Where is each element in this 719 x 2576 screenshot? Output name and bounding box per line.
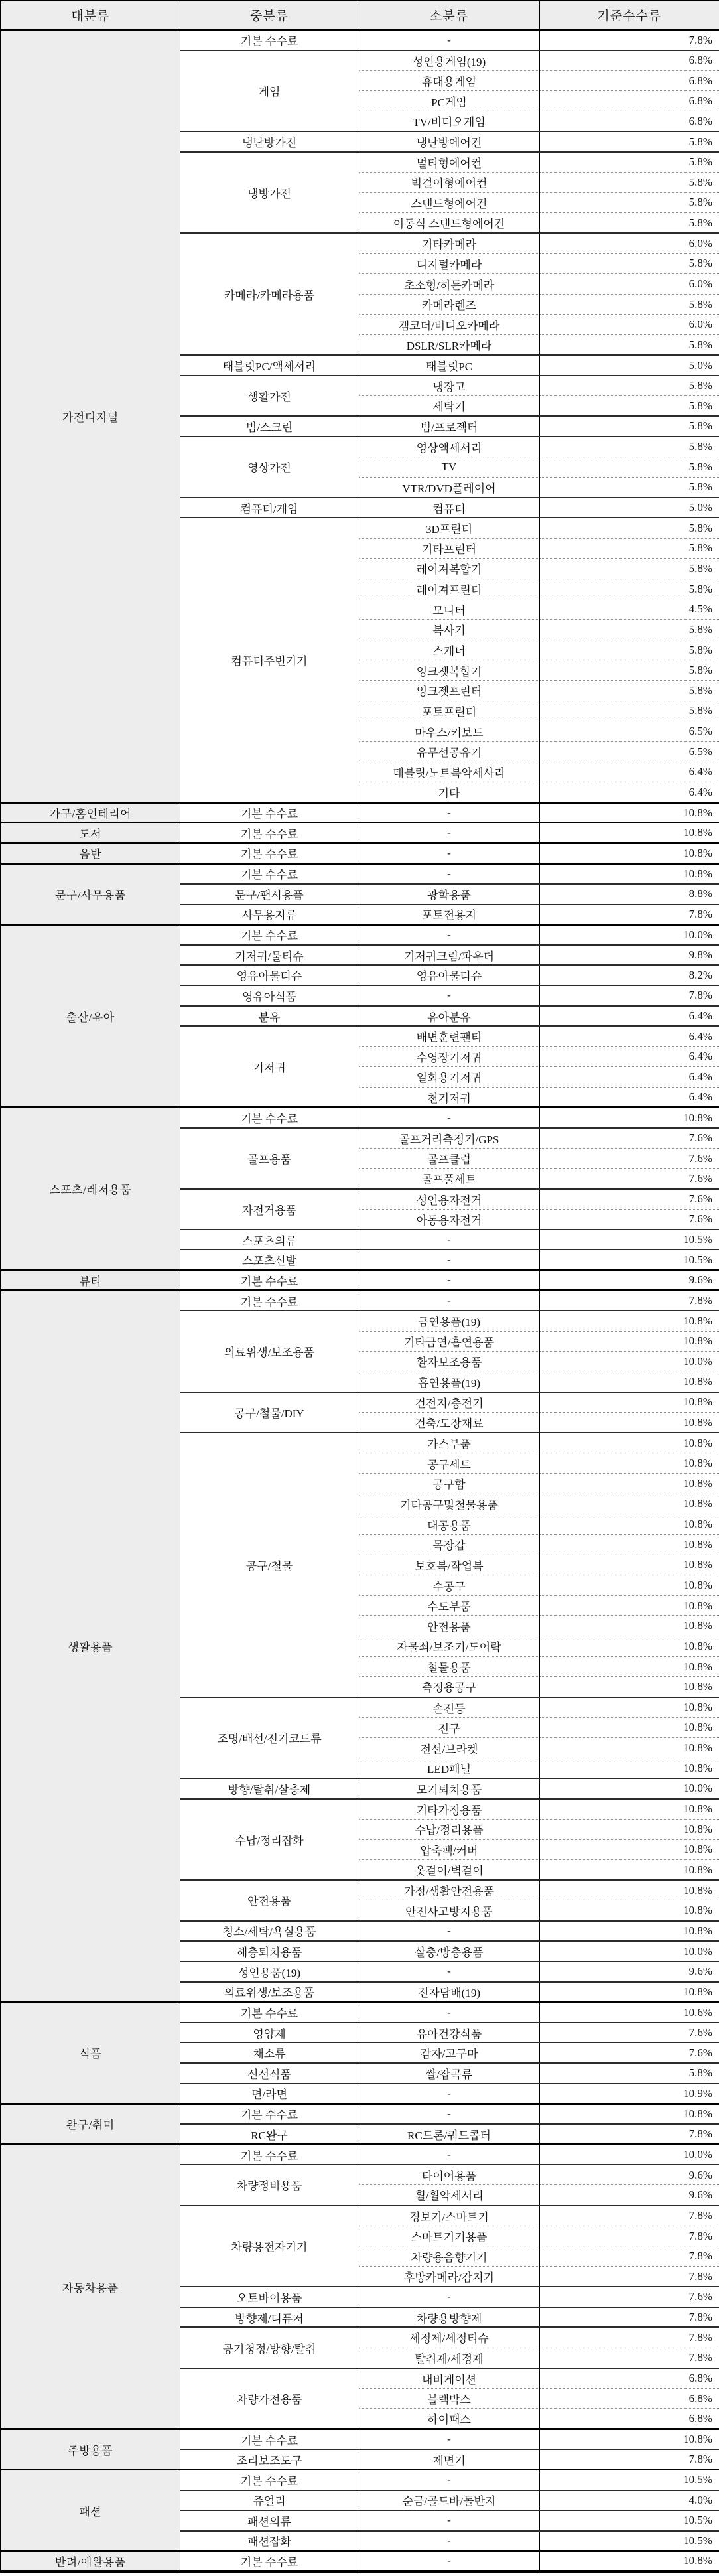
sub-category-cell: 성인용게임(19) <box>359 50 539 71</box>
rate-cell: 5.8% <box>539 538 719 559</box>
rate-cell: 10.8% <box>539 823 719 843</box>
rate-cell: 5.8% <box>539 701 719 721</box>
mid-category-cell: 사무용지류 <box>180 904 359 925</box>
sub-category-cell: 기타프린터 <box>359 538 539 559</box>
rate-cell: 7.8% <box>539 2226 719 2246</box>
sub-category-cell: 타이어용품 <box>359 2165 539 2185</box>
mid-category-cell: 신선식품 <box>180 2063 359 2084</box>
sub-category-cell: 3D프린터 <box>359 518 539 538</box>
sub-category-cell: 수납/정리용품 <box>359 1819 539 1839</box>
mid-category-cell: 기저귀/물티슈 <box>180 945 359 966</box>
sub-category-cell: 초소형/히든카메라 <box>359 274 539 295</box>
rate-cell: 10.8% <box>539 1799 719 1820</box>
sub-category-cell: - <box>359 1108 539 1128</box>
rate-cell: 10.6% <box>539 2002 719 2023</box>
sub-category-cell: 금연용품(19) <box>359 1311 539 1331</box>
rate-cell: 10.8% <box>539 2551 719 2571</box>
rate-cell: 10.8% <box>539 1839 719 1860</box>
sub-category-cell: 목장갑 <box>359 1534 539 1555</box>
sub-category-cell: 스캐너 <box>359 640 539 660</box>
sub-category-cell: 성인용자전거 <box>359 1189 539 1210</box>
sub-category-cell: 감자/고구마 <box>359 2042 539 2063</box>
commission-rate-table: 대분류 중분류 소분류 기준수수류 가전디지털기본 수수료-7.8%게임성인용게… <box>0 0 719 2573</box>
rate-cell: 10.8% <box>539 1900 719 1921</box>
sub-category-cell: 기타가정용품 <box>359 1799 539 1820</box>
mid-category-cell: 패션의류 <box>180 2510 359 2531</box>
mid-category-cell: 기본 수수료 <box>180 802 359 823</box>
sub-category-cell: 멀티형에어컨 <box>359 152 539 173</box>
rate-cell: 10.8% <box>539 1473 719 1494</box>
sub-category-cell: 전자담배(19) <box>359 1982 539 2003</box>
rate-cell: 7.8% <box>539 2348 719 2368</box>
rate-cell: 5.8% <box>539 294 719 315</box>
sub-category-cell: 태블릿/노트북악세사리 <box>359 762 539 782</box>
sub-category-cell: 수공구 <box>359 1575 539 1596</box>
sub-category-cell: 캠코더/비디오카메라 <box>359 315 539 335</box>
rate-cell: 10.8% <box>539 1372 719 1392</box>
sub-category-cell: - <box>359 1270 539 1291</box>
sub-category-cell: 차량용방향제 <box>359 2307 539 2328</box>
mid-category-cell: 패션잡화 <box>180 2531 359 2551</box>
sub-category-cell: 스탠드형에어컨 <box>359 192 539 213</box>
mid-category-cell: 해충퇴치용품 <box>180 1941 359 1962</box>
mid-category-cell: 영유아물티슈 <box>180 965 359 985</box>
sub-category-cell: 순금/골드바/돌반지 <box>359 2490 539 2511</box>
sub-category-cell: - <box>359 1291 539 1311</box>
mid-category-cell: 태블릿PC/액세서리 <box>180 355 359 376</box>
rate-cell: 10.8% <box>539 1514 719 1535</box>
sub-category-cell: VTR/DVD플레이어 <box>359 477 539 498</box>
sub-category-cell: 컴퓨터 <box>359 498 539 518</box>
sub-category-cell: 디지털카메라 <box>359 253 539 274</box>
major-category-cell: 주방용품 <box>1 2429 180 2470</box>
sub-category-cell: 복사기 <box>359 620 539 640</box>
rate-cell: 6.8% <box>539 2368 719 2389</box>
sub-category-cell: 하이패스 <box>359 2409 539 2429</box>
mid-category-cell: 차량가전용품 <box>180 2368 359 2429</box>
mid-category-cell: 기본 수수료 <box>180 1270 359 1291</box>
rate-cell: 7.6% <box>539 1148 719 1169</box>
rate-cell: 10.8% <box>539 1494 719 1514</box>
rate-cell: 6.8% <box>539 70 719 91</box>
mid-category-cell: 공기청정/방향/탈취 <box>180 2327 359 2368</box>
rate-cell: 10.8% <box>539 1392 719 1413</box>
mid-category-cell: 자전거용품 <box>180 1189 359 1230</box>
mid-category-cell: 차량정비용품 <box>180 2165 359 2205</box>
rate-cell: 10.8% <box>539 1982 719 2003</box>
rate-cell: 9.6% <box>539 1270 719 1291</box>
sub-category-cell: 이동식 스탠드형에어컨 <box>359 213 539 234</box>
sub-category-cell: 영상액세서리 <box>359 437 539 457</box>
rate-cell: 5.8% <box>539 253 719 274</box>
table-row: 자동차용품기본 수수료-10.0% <box>1 2145 719 2165</box>
mid-category-cell: 청소/세탁/욕실용품 <box>180 1921 359 1942</box>
rate-cell: 10.8% <box>539 1656 719 1677</box>
rate-cell: 6.4% <box>539 1006 719 1027</box>
mid-category-cell: 영유아식품 <box>180 985 359 1006</box>
major-category-cell: 출산/유아 <box>1 924 180 1108</box>
sub-category-cell: 벽걸이형에어컨 <box>359 172 539 192</box>
sub-category-cell: 안전사고방지용품 <box>359 1900 539 1921</box>
sub-category-cell: 포토전용지 <box>359 904 539 925</box>
rate-cell: 7.8% <box>539 2307 719 2328</box>
sub-category-cell: TV/비디오게임 <box>359 111 539 132</box>
rate-cell: 10.9% <box>539 2084 719 2104</box>
rate-cell: 6.0% <box>539 233 719 253</box>
sub-category-cell: 경보기/스마트키 <box>359 2206 539 2226</box>
rate-cell: 10.0% <box>539 1352 719 1372</box>
rate-cell: 7.6% <box>539 1189 719 1210</box>
major-category-cell: 가구/홈인테리어 <box>1 802 180 823</box>
rate-cell: 6.4% <box>539 1067 719 1088</box>
sub-category-cell: - <box>359 1230 539 1250</box>
mid-category-cell: 방향제/디퓨저 <box>180 2307 359 2328</box>
rate-cell: 6.4% <box>539 1087 719 1108</box>
mid-category-cell: 카메라/카메라용품 <box>180 233 359 355</box>
major-category-cell: 생활용품 <box>1 1291 180 2002</box>
rate-cell: 8.8% <box>539 884 719 904</box>
major-category-cell: 식품 <box>1 2002 180 2104</box>
sub-category-cell: - <box>359 30 539 50</box>
rate-cell: 6.4% <box>539 782 719 803</box>
rate-cell: 7.6% <box>539 2287 719 2307</box>
rate-cell: 9.6% <box>539 2165 719 2185</box>
mid-category-cell: 컴퓨터/게임 <box>180 498 359 518</box>
rate-cell: 10.8% <box>539 843 719 864</box>
column-header-base-rate: 기준수수류 <box>539 1 719 30</box>
sub-category-cell: - <box>359 2002 539 2023</box>
rate-cell: 10.8% <box>539 1758 719 1778</box>
sub-category-cell: - <box>359 863 539 884</box>
major-category-cell: 문구/사무용품 <box>1 863 180 924</box>
mid-category-cell: 냉방가전 <box>180 152 359 234</box>
table-row: 출산/유아기본 수수료-10.0% <box>1 924 719 945</box>
rate-cell: 7.6% <box>539 2042 719 2063</box>
rate-cell: 7.8% <box>539 30 719 50</box>
major-category-cell: 음반 <box>1 843 180 864</box>
mid-category-cell: 기본 수수료 <box>180 30 359 50</box>
major-category-cell: 완구/취미 <box>1 2104 180 2144</box>
rate-cell: 10.8% <box>539 1108 719 1128</box>
table-row: 음반기본 수수료-10.8% <box>1 843 719 864</box>
mid-category-cell: 채소류 <box>180 2042 359 2063</box>
major-category-cell: 도서 <box>1 823 180 843</box>
sub-category-cell: 안전용품 <box>359 1616 539 1636</box>
mid-category-cell: 의료위생/보조용품 <box>180 1982 359 2003</box>
sub-category-cell: 빔/프로젝터 <box>359 416 539 437</box>
sub-category-cell: - <box>359 1962 539 1982</box>
sub-category-cell: 압축팩/커버 <box>359 1839 539 1860</box>
rate-cell: 10.8% <box>539 1697 719 1718</box>
rate-cell: 10.5% <box>539 2510 719 2531</box>
sub-category-cell: 내비게이션 <box>359 2368 539 2389</box>
sub-category-cell: 태블릿PC <box>359 355 539 376</box>
table-row: 가구/홈인테리어기본 수수료-10.8% <box>1 802 719 823</box>
rate-cell: 7.8% <box>539 2206 719 2226</box>
sub-category-cell: 기타금연/흡연용품 <box>359 1331 539 1352</box>
sub-category-cell: 수영장기저귀 <box>359 1046 539 1067</box>
rate-cell: 5.8% <box>539 620 719 640</box>
sub-category-cell: RC드론/쿼드콥터 <box>359 2124 539 2145</box>
sub-category-cell: - <box>359 843 539 864</box>
sub-category-cell: 수도부품 <box>359 1595 539 1616</box>
rate-cell: 6.4% <box>539 1026 719 1046</box>
mid-category-cell: 기본 수수료 <box>180 823 359 843</box>
sub-category-cell: 골프클럽 <box>359 1148 539 1169</box>
rate-cell: 7.6% <box>539 1128 719 1149</box>
rate-cell: 9.8% <box>539 945 719 966</box>
mid-category-cell: 기본 수수료 <box>180 1108 359 1128</box>
rate-cell: 10.8% <box>539 1819 719 1839</box>
rate-cell: 6.8% <box>539 2409 719 2429</box>
sub-category-cell: 휴대용게임 <box>359 70 539 91</box>
sub-category-cell: 냉장고 <box>359 376 539 396</box>
mid-category-cell: 오토바이용품 <box>180 2287 359 2307</box>
rate-cell: 6.4% <box>539 1046 719 1067</box>
rate-cell: 9.6% <box>539 1962 719 1982</box>
mid-category-cell: 스포츠의류 <box>180 1230 359 1250</box>
rate-cell: 6.0% <box>539 274 719 295</box>
rate-cell: 7.8% <box>539 904 719 925</box>
rate-cell: 10.8% <box>539 802 719 823</box>
rate-cell: 5.8% <box>539 172 719 192</box>
mid-category-cell: 면/라면 <box>180 2084 359 2104</box>
rate-cell: 10.8% <box>539 863 719 884</box>
mid-category-cell: 차량용전자기기 <box>180 2206 359 2287</box>
rate-cell: 7.8% <box>539 2327 719 2348</box>
rate-cell: 5.8% <box>539 2063 719 2084</box>
sub-category-cell: 천기저귀 <box>359 1087 539 1108</box>
rate-cell: 5.0% <box>539 498 719 518</box>
mid-category-cell: 기본 수수료 <box>180 2470 359 2490</box>
rate-cell: 7.8% <box>539 2266 719 2287</box>
rate-cell: 6.8% <box>539 91 719 111</box>
rate-cell: 10.8% <box>539 1738 719 1758</box>
sub-category-cell: 기저귀크림/파우더 <box>359 945 539 966</box>
rate-cell: 10.8% <box>539 1534 719 1555</box>
sub-category-cell: PC게임 <box>359 91 539 111</box>
rate-cell: 7.8% <box>539 985 719 1006</box>
sub-category-cell: 세탁기 <box>359 396 539 417</box>
sub-category-cell: - <box>359 2429 539 2450</box>
sub-category-cell: 건축/도장재료 <box>359 1413 539 1433</box>
mid-category-cell: 방향/탈취/살충제 <box>180 1778 359 1799</box>
mid-category-cell: 기본 수수료 <box>180 924 359 945</box>
rate-cell: 5.8% <box>539 437 719 457</box>
sub-category-cell: 블랙박스 <box>359 2388 539 2409</box>
commission-rate-page: 대분류 중분류 소분류 기준수수류 가전디지털기본 수수료-7.8%게임성인용게… <box>0 0 719 2573</box>
sub-category-cell: 스마트기기용품 <box>359 2226 539 2246</box>
table-row: 문구/사무용품기본 수수료-10.8% <box>1 863 719 884</box>
rate-cell: 10.0% <box>539 1941 719 1962</box>
rate-cell: 10.8% <box>539 2104 719 2124</box>
rate-cell: 10.8% <box>539 1311 719 1331</box>
rate-cell: 10.8% <box>539 1921 719 1942</box>
sub-category-cell: 유아건강식품 <box>359 2023 539 2043</box>
sub-category-cell: - <box>359 2470 539 2490</box>
sub-category-cell: 모기퇴치용품 <box>359 1778 539 1799</box>
mid-category-cell: 생활가전 <box>180 376 359 416</box>
rate-cell: 10.8% <box>539 1880 719 1900</box>
rate-cell: 10.8% <box>539 1636 719 1657</box>
rate-cell: 5.8% <box>539 213 719 234</box>
sub-category-cell: 광학용품 <box>359 884 539 904</box>
mid-category-cell: 기본 수수료 <box>180 2002 359 2023</box>
sub-category-cell: 대공용품 <box>359 1514 539 1535</box>
mid-category-cell: 기본 수수료 <box>180 2429 359 2450</box>
rate-cell: 5.8% <box>539 131 719 152</box>
sub-category-cell: 세정제/세정티슈 <box>359 2327 539 2348</box>
rate-cell: 5.8% <box>539 477 719 498</box>
mid-category-cell: 골프용품 <box>180 1128 359 1189</box>
rate-cell: 5.8% <box>539 335 719 356</box>
sub-category-cell: 기타공구및철물용품 <box>359 1494 539 1514</box>
sub-category-cell: 레이져복합기 <box>359 559 539 579</box>
rate-cell: 10.8% <box>539 1413 719 1433</box>
sub-category-cell: 살충/방충용품 <box>359 1941 539 1962</box>
sub-category-cell: 건전지/충전기 <box>359 1392 539 1413</box>
table-row: 스포츠/레저용품기본 수수료-10.8% <box>1 1108 719 1128</box>
sub-category-cell: 옷걸이/벽걸이 <box>359 1860 539 1881</box>
mid-category-cell: 컴퓨터주변기기 <box>180 518 359 802</box>
table-row: 뷰티기본 수수료-9.6% <box>1 1270 719 1291</box>
table-row: 생활용품기본 수수료-7.8% <box>1 1291 719 1311</box>
column-header-mid-category: 중분류 <box>180 1 359 30</box>
rate-cell: 10.8% <box>539 1595 719 1616</box>
mid-category-cell: 스포츠신발 <box>180 1250 359 1270</box>
rate-cell: 5.8% <box>539 152 719 173</box>
sub-category-cell: 가정/생활안전용품 <box>359 1880 539 1900</box>
rate-cell: 7.8% <box>539 2124 719 2145</box>
sub-category-cell: 골프풀세트 <box>359 1169 539 1189</box>
rate-cell: 5.8% <box>539 640 719 660</box>
rate-cell: 10.8% <box>539 1677 719 1697</box>
sub-category-cell: 유아분유 <box>359 1006 539 1027</box>
mid-category-cell: 수납/정리잡화 <box>180 1799 359 1881</box>
sub-category-cell: 잉크젯복합기 <box>359 660 539 681</box>
sub-category-cell: - <box>359 1921 539 1942</box>
rate-cell: 7.8% <box>539 1291 719 1311</box>
major-category-cell: 반려/애완용품 <box>1 2551 180 2571</box>
mid-category-cell: 빔/스크린 <box>180 416 359 437</box>
rate-cell: 10.5% <box>539 1230 719 1250</box>
mid-category-cell: 안전용품 <box>180 1880 359 1920</box>
table-row: 식품기본 수수료-10.6% <box>1 2002 719 2023</box>
table-header: 대분류 중분류 소분류 기준수수류 <box>1 1 719 30</box>
rate-cell: 10.8% <box>539 1453 719 1474</box>
rate-cell: 10.5% <box>539 2470 719 2490</box>
sub-category-cell: 쌀/잡곡류 <box>359 2063 539 2084</box>
mid-category-cell: 기본 수수료 <box>180 2551 359 2571</box>
sub-category-cell: 후방카메라/감지기 <box>359 2266 539 2287</box>
mid-category-cell: 기본 수수료 <box>180 863 359 884</box>
mid-category-cell: 공구/철물 <box>180 1433 359 1697</box>
rate-cell: 10.5% <box>539 1250 719 1270</box>
column-header-major-category: 대분류 <box>1 1 180 30</box>
sub-category-cell: 환자보조용품 <box>359 1352 539 1372</box>
rate-cell: 6.5% <box>539 721 719 742</box>
mid-category-cell: 쥬얼리 <box>180 2490 359 2511</box>
sub-category-cell: TV <box>359 457 539 477</box>
rate-cell: 5.8% <box>539 416 719 437</box>
rate-cell: 10.8% <box>539 1616 719 1636</box>
rate-cell: 6.0% <box>539 315 719 335</box>
rate-cell: 5.8% <box>539 457 719 477</box>
rate-cell: 7.6% <box>539 1169 719 1189</box>
sub-category-cell: - <box>359 985 539 1006</box>
rate-cell: 10.5% <box>539 2531 719 2551</box>
sub-category-cell: 포토프린터 <box>359 701 539 721</box>
sub-category-cell: - <box>359 2084 539 2104</box>
rate-cell: 6.8% <box>539 2388 719 2409</box>
table-row: 주방용품기본 수수료-10.8% <box>1 2429 719 2450</box>
rate-cell: 7.6% <box>539 1209 719 1230</box>
mid-category-cell: 조리보조도구 <box>180 2449 359 2470</box>
rate-cell: 10.0% <box>539 924 719 945</box>
sub-category-cell: - <box>359 2531 539 2551</box>
sub-category-cell: 휠/휠악세서리 <box>359 2185 539 2206</box>
sub-category-cell: 자물쇠/보조키/도어락 <box>359 1636 539 1657</box>
sub-category-cell: 차량용음향기기 <box>359 2246 539 2267</box>
major-category-cell: 자동차용품 <box>1 2145 180 2429</box>
mid-category-cell: 기본 수수료 <box>180 2145 359 2165</box>
sub-category-cell: 가스부품 <box>359 1433 539 1453</box>
sub-category-cell: 측정용공구 <box>359 1677 539 1697</box>
sub-category-cell: 마우스/키보드 <box>359 721 539 742</box>
sub-category-cell: 공구세트 <box>359 1453 539 1474</box>
mid-category-cell: 냉난방가전 <box>180 131 359 152</box>
rate-cell: 5.8% <box>539 376 719 396</box>
mid-category-cell: 의료위생/보조용품 <box>180 1311 359 1392</box>
sub-category-cell: - <box>359 2287 539 2307</box>
table-row: 패션기본 수수료-10.5% <box>1 2470 719 2490</box>
sub-category-cell: - <box>359 924 539 945</box>
rate-cell: 4.0% <box>539 2490 719 2511</box>
major-category-cell: 패션 <box>1 2470 180 2551</box>
rate-cell: 6.5% <box>539 741 719 762</box>
sub-category-cell: 보호복/작업복 <box>359 1555 539 1575</box>
sub-category-cell: DSLR/SLR카메라 <box>359 335 539 356</box>
sub-category-cell: 모니터 <box>359 599 539 620</box>
sub-category-cell: 잉크젯프린터 <box>359 681 539 701</box>
rate-cell: 5.8% <box>539 559 719 579</box>
sub-category-cell: 흡연용품(19) <box>359 1372 539 1392</box>
sub-category-cell: 유무선공유기 <box>359 741 539 762</box>
rate-cell: 10.8% <box>539 1575 719 1596</box>
table-row: 완구/취미기본 수수료-10.8% <box>1 2104 719 2124</box>
table-row: 도서기본 수수료-10.8% <box>1 823 719 843</box>
table-row: 가전디지털기본 수수료-7.8% <box>1 30 719 50</box>
sub-category-cell: LED패널 <box>359 1758 539 1778</box>
rate-cell: 10.8% <box>539 1555 719 1575</box>
sub-category-cell: - <box>359 2551 539 2571</box>
sub-category-cell: - <box>359 2510 539 2531</box>
sub-category-cell: 카메라렌즈 <box>359 294 539 315</box>
sub-category-cell: 아동용자전거 <box>359 1209 539 1230</box>
sub-category-cell: 철물용품 <box>359 1656 539 1677</box>
mid-category-cell: 영양제 <box>180 2023 359 2043</box>
sub-category-cell: - <box>359 2145 539 2165</box>
mid-category-cell: 기본 수수료 <box>180 1291 359 1311</box>
rate-cell: 10.8% <box>539 1860 719 1881</box>
sub-category-cell: 전선/브라켓 <box>359 1738 539 1758</box>
sub-category-cell: 기타 <box>359 782 539 803</box>
rate-cell: 4.5% <box>539 599 719 620</box>
mid-category-cell: 기본 수수료 <box>180 2104 359 2124</box>
rate-cell: 10.8% <box>539 1331 719 1352</box>
rate-cell: 10.8% <box>539 1433 719 1453</box>
mid-category-cell: RC완구 <box>180 2124 359 2145</box>
